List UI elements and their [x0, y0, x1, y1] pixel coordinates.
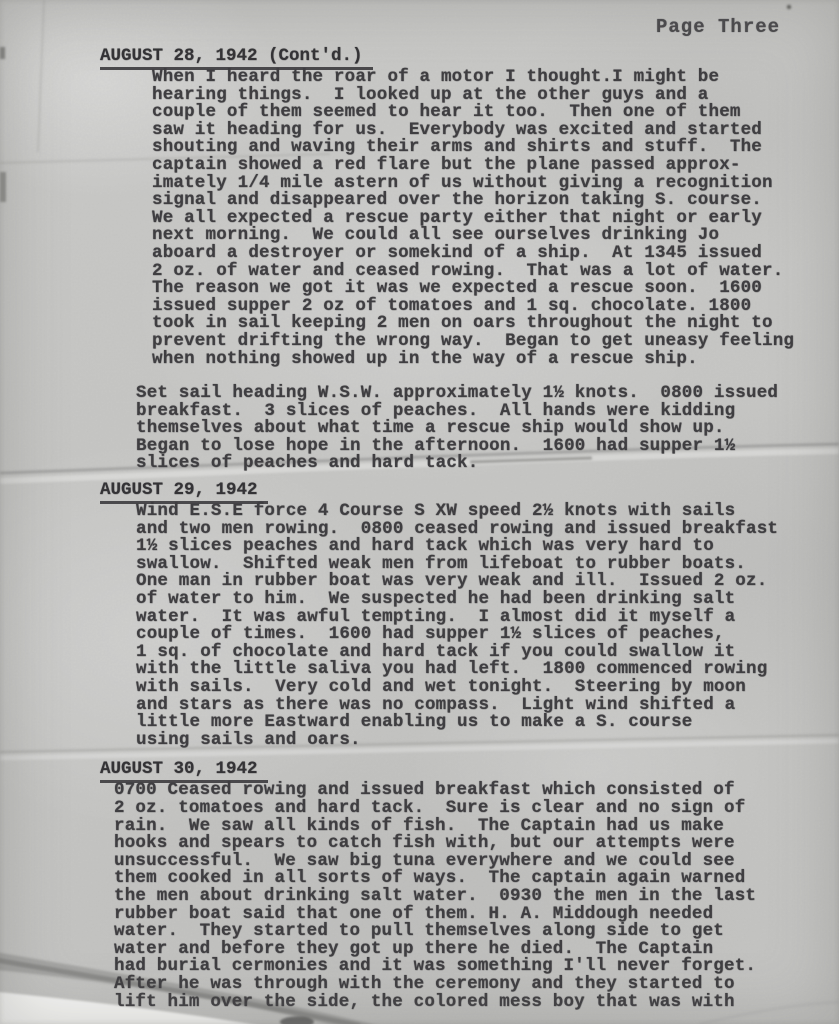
date-heading-aug-30: AUGUST 30, 1942: [100, 759, 824, 779]
diary-paragraph: Wind E.S.E force 4 Course S XW speed 2½ …: [136, 503, 824, 749]
vertical-crease: [38, 0, 44, 152]
edge-mark: [0, 172, 6, 202]
typewritten-content: AUGUST 28, 1942 (Cont'd.) When I heard t…: [100, 46, 824, 1011]
date-heading-aug-29: AUGUST 29, 1942: [100, 480, 824, 500]
date-heading-aug-28: AUGUST 28, 1942 (Cont'd.): [100, 46, 824, 66]
diary-paragraph: Set sail heading W.S.W. approximately 1½…: [136, 385, 824, 473]
scanned-document-page: Page Three AUGUST 28, 1942 (Cont'd.) Whe…: [0, 0, 839, 1024]
diary-paragraph: When I heard the roar of a motor I thoug…: [152, 69, 824, 368]
edge-mark: [0, 47, 5, 59]
bottom-smudge: [280, 1017, 314, 1024]
diary-paragraph: 0700 Ceased rowing and issued breakfast …: [114, 782, 824, 1011]
page-number: Page Three: [656, 16, 780, 38]
speck: [787, 5, 791, 9]
